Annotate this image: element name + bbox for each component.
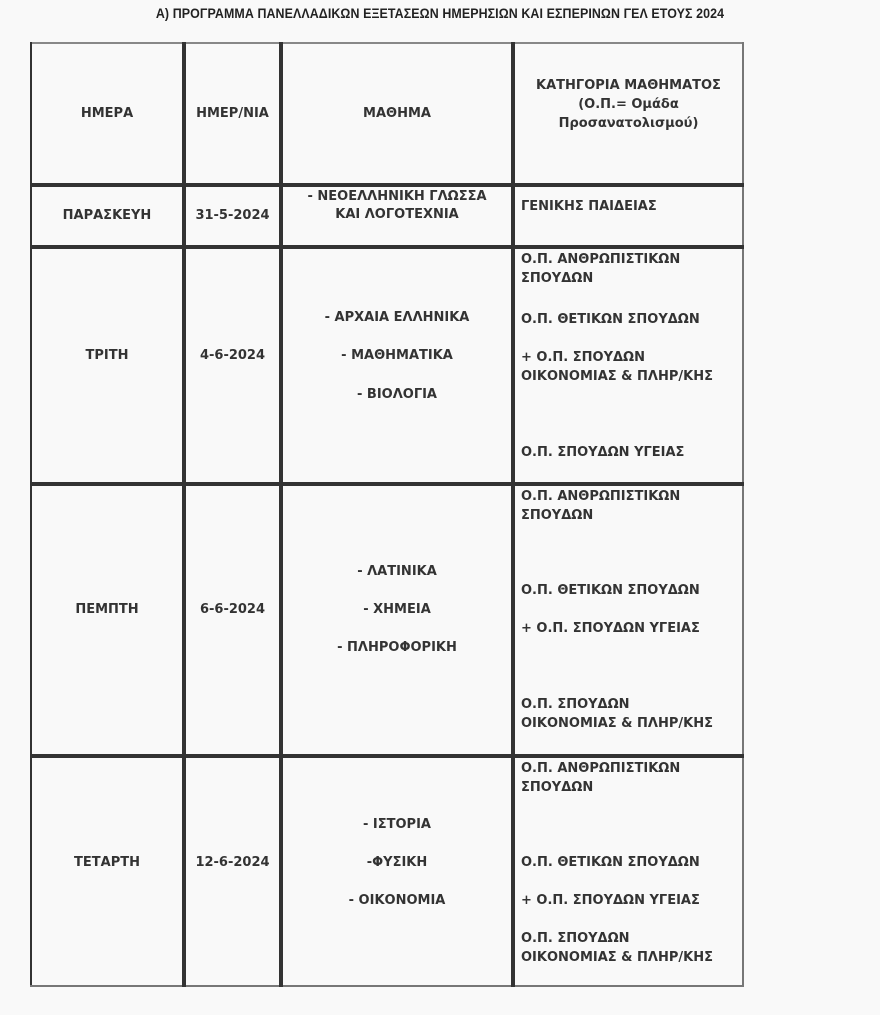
row-date: 12-6-2024 [186, 854, 279, 872]
category-item: ΓΕΝΙΚΗΣ ΠΑΙΔΕΙΑΣ [521, 198, 738, 216]
row-day-cell: ΤΕΤΑΡΤΗ [32, 758, 182, 985]
category-item: ΣΠΟΥΔΩΝ [521, 270, 738, 288]
row-date: 6-6-2024 [186, 601, 279, 619]
row-day-cell: ΤΡΙΤΗ [32, 249, 182, 482]
category-item: + Ο.Π. ΣΠΟΥΔΩΝ [521, 349, 738, 367]
row-subjects: - ΝΕΟΕΛΛΗΝΙΚΗ ΓΛΩΣΣΑ ΚΑΙ ΛΟΓΟΤΕΧΝΙΑ [283, 187, 511, 245]
header-day: ΗΜΕΡΑ [32, 44, 182, 183]
category-item: ΟΙΚΟΝΟΜΙΑΣ & ΠΛΗΡ/ΚΗΣ [521, 368, 738, 386]
category-item: Ο.Π. ΑΝΘΡΩΠΙΣΤΙΚΩΝ [521, 488, 738, 506]
subject-item: - ΟΙΚΟΝΟΜΙΑ [283, 892, 511, 910]
category-item: ΣΠΟΥΔΩΝ [521, 779, 738, 797]
page-title: Α) ΠΡΟΓΡΑΜΜΑ ΠΑΝΕΛΛΑΔΙΚΩΝ ΕΞΕΤΑΣΕΩΝ ΗΜΕΡ… [35, 6, 845, 21]
header-category-line2: (Ο.Π.= Ομάδα [515, 96, 742, 114]
category-item: Ο.Π. ΣΠΟΥΔΩΝ [521, 696, 738, 714]
subject-item: - ΛΑΤΙΝΙΚΑ [283, 563, 511, 581]
subject-item: - ΙΣΤΟΡΙΑ [283, 816, 511, 834]
table-border-bottom [30, 985, 744, 987]
row-day: ΤΡΙΤΗ [32, 347, 182, 365]
subject-item: - ΧΗΜΕΙΑ [283, 601, 511, 619]
category-item: Ο.Π. ΣΠΟΥΔΩΝ [521, 930, 738, 948]
header-category: ΚΑΤΗΓΟΡΙΑ ΜΑΘΗΜΑΤΟΣ (Ο.Π.= Ομάδα Προσανα… [515, 44, 742, 183]
header-subject: ΜΑΘΗΜΑ [283, 44, 511, 183]
row-date: 4-6-2024 [186, 347, 279, 365]
subject-item: - ΠΛΗΡΟΦΟΡΙΚΗ [283, 639, 511, 657]
category-item: ΟΙΚΟΝΟΜΙΑΣ & ΠΛΗΡ/ΚΗΣ [521, 715, 738, 733]
row-categories: Ο.Π. ΑΝΘΡΩΠΙΣΤΙΚΩΝ ΣΠΟΥΔΩΝ Ο.Π. ΘΕΤΙΚΩΝ … [515, 249, 742, 482]
header-category-line3: Προσανατολισμού) [515, 115, 742, 133]
category-item: Ο.Π. ΑΝΘΡΩΠΙΣΤΙΚΩΝ [521, 251, 738, 269]
row-day-cell: ΠΕΜΠΤΗ [32, 486, 182, 754]
category-item: ΟΙΚΟΝΟΜΙΑΣ & ΠΛΗΡ/ΚΗΣ [521, 949, 738, 967]
row-categories: Ο.Π. ΑΝΘΡΩΠΙΣΤΙΚΩΝ ΣΠΟΥΔΩΝ Ο.Π. ΘΕΤΙΚΩΝ … [515, 758, 742, 985]
header-category-line1: ΚΑΤΗΓΟΡΙΑ ΜΑΘΗΜΑΤΟΣ [515, 77, 742, 95]
category-item: Ο.Π. ΣΠΟΥΔΩΝ ΥΓΕΙΑΣ [521, 444, 738, 462]
subject-item: - ΜΑΘΗΜΑΤΙΚΑ [283, 347, 511, 365]
category-item: Ο.Π. ΘΕΤΙΚΩΝ ΣΠΟΥΔΩΝ [521, 311, 738, 329]
row-subjects: - ΙΣΤΟΡΙΑ -ΦΥΣΙΚΗ - ΟΙΚΟΝΟΜΙΑ [283, 758, 511, 985]
category-item: ΣΠΟΥΔΩΝ [521, 507, 738, 525]
row-categories: ΓΕΝΙΚΗΣ ΠΑΙΔΕΙΑΣ [515, 187, 742, 245]
category-item: Ο.Π. ΑΝΘΡΩΠΙΣΤΙΚΩΝ [521, 760, 738, 778]
row-subjects: - ΛΑΤΙΝΙΚΑ - ΧΗΜΕΙΑ - ΠΛΗΡΟΦΟΡΙΚΗ [283, 486, 511, 754]
row-day: ΠΕΜΠΤΗ [32, 601, 182, 619]
exam-schedule-table: ΗΜΕΡΑ ΗΜΕΡ/ΝΙΑ ΜΑΘΗΜΑ ΚΑΤΗΓΟΡΙΑ ΜΑΘΗΜΑΤΟ… [30, 42, 744, 987]
subject-item: - ΝΕΟΕΛΛΗΝΙΚΗ ΓΛΩΣΣΑ [283, 188, 511, 206]
category-item: Ο.Π. ΘΕΤΙΚΩΝ ΣΠΟΥΔΩΝ [521, 582, 738, 600]
row-subjects: - ΑΡΧΑΙΑ ΕΛΛΗΝΙΚΑ - ΜΑΘΗΜΑΤΙΚΑ - ΒΙΟΛΟΓΙ… [283, 249, 511, 482]
row-day: ΠΑΡΑΣΚΕΥΗ [32, 187, 182, 245]
category-item: + Ο.Π. ΣΠΟΥΔΩΝ ΥΓΕΙΑΣ [521, 620, 738, 638]
row-date-cell: 6-6-2024 [186, 486, 279, 754]
row-date-cell: 12-6-2024 [186, 758, 279, 985]
row-date-cell: 4-6-2024 [186, 249, 279, 482]
row-date: 31-5-2024 [186, 187, 279, 245]
subject-item: -ΦΥΣΙΚΗ [283, 854, 511, 872]
subject-item: ΚΑΙ ΛΟΓΟΤΕΧΝΙΑ [283, 206, 511, 224]
row-day: ΤΕΤΑΡΤΗ [32, 854, 182, 872]
category-item: + Ο.Π. ΣΠΟΥΔΩΝ ΥΓΕΙΑΣ [521, 892, 738, 910]
subject-item: - ΑΡΧΑΙΑ ΕΛΛΗΝΙΚΑ [283, 309, 511, 327]
category-item: Ο.Π. ΘΕΤΙΚΩΝ ΣΠΟΥΔΩΝ [521, 854, 738, 872]
header-date: ΗΜΕΡ/ΝΙΑ [186, 44, 279, 183]
row-categories: Ο.Π. ΑΝΘΡΩΠΙΣΤΙΚΩΝ ΣΠΟΥΔΩΝ Ο.Π. ΘΕΤΙΚΩΝ … [515, 486, 742, 754]
subject-item: - ΒΙΟΛΟΓΙΑ [283, 386, 511, 404]
